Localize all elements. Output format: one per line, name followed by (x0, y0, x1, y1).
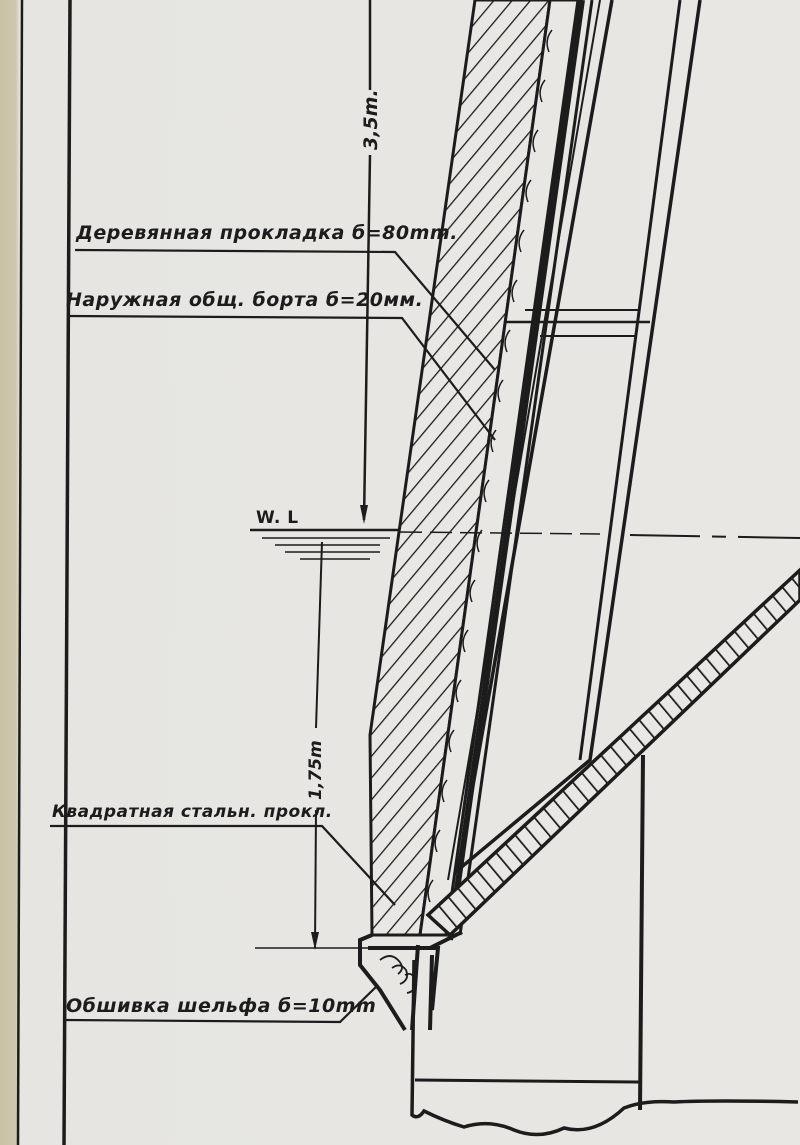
frame-web-inner (580, 0, 680, 760)
dimension-arrow (360, 505, 368, 524)
break-line (412, 960, 798, 1135)
frame-line (64, 0, 70, 1145)
label-square-steel: Квадратная стальн. прокл. (52, 802, 333, 822)
dimension-upper: 3,5m. (360, 89, 382, 150)
label-wood-lining: Деревянная прокладка б=80mm. (76, 222, 458, 244)
label-shelf-plating: Обшивка шельфа б=10mm (66, 995, 376, 1017)
sheet-border-line (18, 0, 22, 1145)
water-hatching (262, 538, 390, 559)
hull-section-drawing (0, 0, 800, 1145)
shelf-wood-grain (380, 956, 415, 993)
waterline-label: W. L (256, 508, 299, 528)
bottom-stringer (415, 1080, 640, 1082)
dimension-line-lower (316, 542, 322, 728)
drawing-sheet: Деревянная прокладка б=80mm. Наружная об… (0, 0, 800, 1145)
vertical-support (640, 755, 643, 1110)
dimension-lower: 1,75m (306, 740, 326, 800)
label-outer-plating: Наружная общ. борта б=20мм. (66, 289, 423, 311)
